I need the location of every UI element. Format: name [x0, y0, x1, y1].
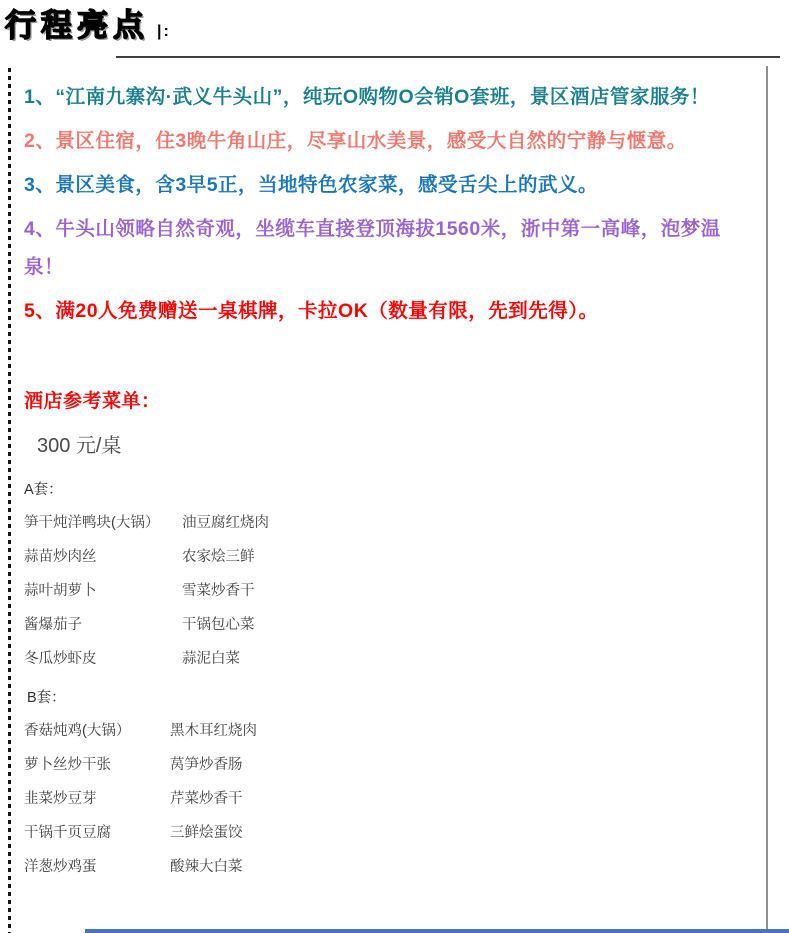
dish-name: 干锅千页豆腐 — [24, 825, 170, 842]
dish-name: 冬瓜炒虾皮 — [24, 651, 182, 668]
bottom-partial-table-edge — [85, 929, 789, 933]
menu-row: 洋葱炒鸡蛋 酸辣大白菜 — [24, 859, 748, 876]
dish-name: 酸辣大白菜 — [170, 859, 243, 876]
itinerary-panel: 1、“江南九寨沟·武义牛头山”，纯玩O购物O会销O套班，景区酒店管家服务！ 2、… — [8, 66, 768, 933]
highlight-item-3: 3、景区美食，含3早5正，当地特色农家菜，感受舌尖上的武义。 — [24, 166, 748, 204]
highlight-item-5: 5、满20人免费赠送一桌棋牌，卡拉OK（数量有限，先到先得）。 — [24, 292, 748, 330]
page-title: 行程亮点 — [5, 6, 149, 46]
dish-name: 蒜泥白菜 — [182, 651, 240, 668]
menu-row: 酱爆茄子 干锅包心菜 — [24, 617, 748, 634]
menu-row: 香菇炖鸡(大锅） 黑木耳红烧肉 — [24, 723, 748, 740]
title-rule — [116, 56, 780, 58]
menu-heading: 酒店参考菜单： — [24, 386, 748, 413]
dish-name: 韭菜炒豆芽 — [24, 791, 170, 808]
page-header: 行程亮点 |: — [5, 6, 171, 46]
dish-name: 香菇炖鸡(大锅） — [24, 723, 170, 740]
dish-name: 酱爆茄子 — [24, 617, 182, 634]
set-b-label: B套： — [24, 686, 748, 707]
menu-row: 蒜苗炒肉丝 农家烩三鲜 — [24, 549, 748, 566]
menu-row: 萝卜丝炒干张 莴笋炒香肠 — [24, 757, 748, 774]
menu-row: 干锅千页豆腐 三鲜烩蛋饺 — [24, 825, 748, 842]
dish-name: 黑木耳红烧肉 — [170, 723, 257, 740]
dish-name: 雪菜炒香干 — [182, 583, 255, 600]
dish-name: 莴笋炒香肠 — [170, 757, 243, 774]
title-suffix: |: — [157, 23, 171, 46]
highlight-item-4: 4、牛头山领略自然奇观，坐缆车直接登顶海拔1560米，浙中第一高峰，泡梦温泉！ — [24, 210, 748, 286]
menu-row: 蒜叶胡萝卜 雪菜炒香干 — [24, 583, 748, 600]
dish-name: 干锅包心菜 — [182, 617, 255, 634]
dish-name: 萝卜丝炒干张 — [24, 757, 170, 774]
dish-name: 农家烩三鲜 — [182, 549, 255, 566]
menu-price: 300 元/桌 — [24, 429, 748, 458]
menu-row: 韭菜炒豆芽 芹菜炒香干 — [24, 791, 748, 808]
dish-name: 蒜叶胡萝卜 — [24, 583, 182, 600]
highlight-item-2: 2、景区住宿，住3晚牛角山庄，尽享山水美景，感受大自然的宁静与惬意。 — [24, 122, 748, 160]
dish-name: 笋干炖洋鸭块(大锅） — [24, 515, 182, 532]
dish-name: 蒜苗炒肉丝 — [24, 549, 182, 566]
highlight-item-1: 1、“江南九寨沟·武义牛头山”，纯玩O购物O会销O套班，景区酒店管家服务！ — [24, 78, 748, 116]
dish-name: 芹菜炒香干 — [170, 791, 243, 808]
dish-name: 油豆腐红烧肉 — [182, 515, 269, 532]
dish-name: 三鲜烩蛋饺 — [170, 825, 243, 842]
set-a-rows: 笋干炖洋鸭块(大锅） 油豆腐红烧肉 蒜苗炒肉丝 农家烩三鲜 蒜叶胡萝卜 雪菜炒香… — [24, 515, 748, 668]
menu-row: 冬瓜炒虾皮 蒜泥白菜 — [24, 651, 748, 668]
set-a-label: A套： — [24, 478, 748, 499]
dish-name: 洋葱炒鸡蛋 — [24, 859, 170, 876]
menu-row: 笋干炖洋鸭块(大锅） 油豆腐红烧肉 — [24, 515, 748, 532]
set-b-rows: 香菇炖鸡(大锅） 黑木耳红烧肉 萝卜丝炒干张 莴笋炒香肠 韭菜炒豆芽 芹菜炒香干… — [24, 723, 748, 876]
